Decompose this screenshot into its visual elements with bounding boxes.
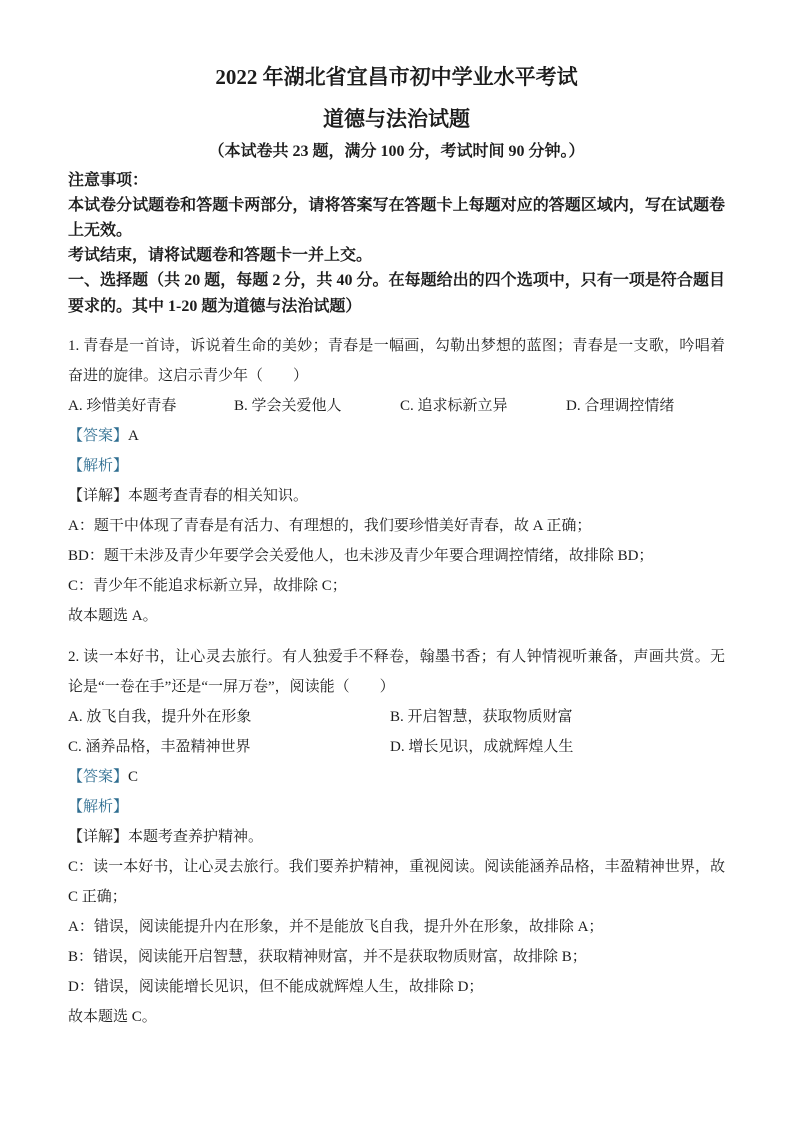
exam-info: （本试卷共 23 题，满分 100 分，考试时间 90 分钟。） [68,139,725,165]
notice-line-1: 本试卷分试题卷和答题卡两部分，请将答案写在答题卡上每题对应的答题区域内，写在试题… [68,193,725,243]
question-1-explanation-1: A：题干中体现了青春是有活力、有理想的，我们要珍惜美好青春，故 A 正确； [68,511,725,541]
question-1: 1. 青春是一首诗，诉说着生命的美妙；青春是一幅画，勾勒出梦想的蓝图；青春是一支… [68,331,725,631]
question-1-detail-line: 【详解】本题考查青春的相关知识。 [68,481,725,511]
notice-heading: 注意事项： [68,168,725,193]
question-2-options: A. 放飞自我，提升外在形象 B. 开启智慧，获取物质财富 C. 涵养品格，丰盈… [68,702,725,762]
question-2-explanation-1: C：读一本好书，让心灵去旅行。我们要养护精神，重视阅读。阅读能涵养品格，丰盈精神… [68,852,725,912]
question-2-option-a: A. 放飞自我，提升外在形象 [68,702,390,732]
question-1-answer-line: 【答案】A [68,421,725,451]
question-1-option-a: A. 珍惜美好青春 [68,391,234,421]
question-1-options: A. 珍惜美好青春 B. 学会关爱他人 C. 追求标新立异 D. 合理调控情绪 [68,391,725,421]
question-2-answer-line: 【答案】C [68,762,725,792]
question-2-option-c: C. 涵养品格，丰盈精神世界 [68,732,390,762]
question-2-explanation-2: A：错误，阅读能提升内在形象，并不是能放飞自我，提升外在形象，故排除 A； [68,912,725,942]
question-1-option-c: C. 追求标新立异 [400,391,566,421]
section-heading: 一、选择题（共 20 题，每题 2 分，共 40 分。在每题给出的四个选项中，只… [68,268,725,320]
question-2-conclusion: 故本题选 C。 [68,1002,725,1032]
question-2: 2. 读一本好书，让心灵去旅行。有人独爱手不释卷，翰墨书香；有人钟情视听兼备，声… [68,642,725,1032]
question-1-stem: 1. 青春是一首诗，诉说着生命的美妙；青春是一幅画，勾勒出梦想的蓝图；青春是一支… [68,331,725,391]
question-1-option-b: B. 学会关爱他人 [234,391,400,421]
analysis-label: 【解析】 [68,451,725,481]
question-1-answer: A [128,428,139,444]
detail-label: 【详解】 [68,488,128,504]
answer-label: 【答案】 [68,428,128,444]
detail-label: 【详解】 [68,829,128,845]
question-2-detail-line: 【详解】本题考查养护精神。 [68,822,725,852]
answer-label: 【答案】 [68,769,128,785]
page-title: 2022 年湖北省宜昌市初中学业水平考试 [68,62,725,92]
question-1-explanation-3: C：青少年不能追求标新立异，故排除 C； [68,571,725,601]
question-2-detail: 本题考查养护精神。 [128,829,263,845]
analysis-label: 【解析】 [68,792,725,822]
question-1-detail: 本题考查青春的相关知识。 [128,488,308,504]
question-2-answer: C [128,769,138,785]
question-1-conclusion: 故本题选 A。 [68,601,725,631]
question-1-explanation-2: BD：题干未涉及青少年要学会关爱他人，也未涉及青少年要合理调控情绪，故排除 BD… [68,541,725,571]
question-2-stem: 2. 读一本好书，让心灵去旅行。有人独爱手不释卷，翰墨书香；有人钟情视听兼备，声… [68,642,725,702]
question-2-explanation-4: D：错误，阅读能增长见识，但不能成就辉煌人生，故排除 D； [68,972,725,1002]
notice-line-2: 考试结束，请将试题卷和答题卡一并上交。 [68,243,725,268]
question-2-option-b: B. 开启智慧，获取物质财富 [390,702,725,732]
question-2-explanation-3: B：错误，阅读能开启智慧，获取精神财富，并不是获取物质财富，故排除 B； [68,942,725,972]
question-1-option-d: D. 合理调控情绪 [566,391,674,421]
question-2-option-d: D. 增长见识，成就辉煌人生 [390,732,725,762]
page-subtitle: 道德与法治试题 [68,104,725,134]
